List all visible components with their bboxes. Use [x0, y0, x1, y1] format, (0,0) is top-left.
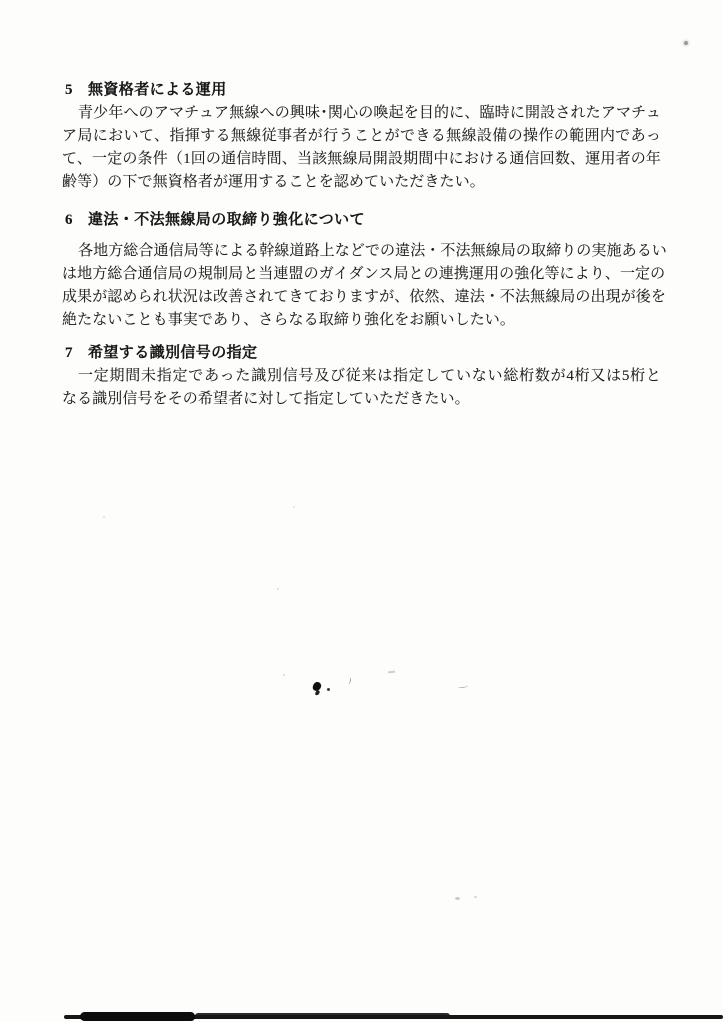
section-6-paragraph: 各地方総合通信局等による幹線道路上などでの違法・不法無線局の取締りの実施あるい …	[62, 240, 661, 332]
text-line: 成果が認められ状況は改善されてきておりますが、依然、違法・不法無線局の出現が後を	[62, 286, 661, 309]
section-5-number: 5	[62, 79, 88, 102]
section-7-title: 希望する識別信号の指定	[88, 342, 257, 365]
text-line: 青少年へのアマチュア無線への興味･関心の喚起を目的に、臨時に開設されたアマチュ	[62, 102, 661, 125]
scan-speck-artifact	[455, 897, 460, 900]
scan-edge-shadow	[79, 1012, 195, 1021]
section-7-heading: 7 希望する識別信号の指定	[62, 342, 661, 365]
scan-speck-artifact	[103, 516, 105, 518]
section-gap	[62, 194, 661, 209]
section-5-heading: 5 無資格者による運用	[62, 79, 661, 102]
heading-paragraph-gap	[62, 232, 661, 240]
section-5: 5 無資格者による運用 青少年へのアマチュア無線への興味･関心の喚起を目的に、臨…	[62, 79, 661, 194]
ink-blot-artifact	[312, 681, 322, 692]
section-6-heading: 6 違法・不法無線局の取締り強化について	[62, 209, 661, 232]
section-6: 6 違法・不法無線局の取締り強化について 各地方総合通信局等による幹線道路上など…	[62, 209, 661, 332]
document-body: 5 無資格者による運用 青少年へのアマチュア無線への興味･関心の喚起を目的に、臨…	[62, 79, 661, 411]
scanned-document-page: 5 無資格者による運用 青少年へのアマチュア無線への興味･関心の喚起を目的に、臨…	[0, 0, 723, 1022]
section-gap	[62, 332, 661, 342]
section-5-title: 無資格者による運用	[88, 79, 227, 102]
scan-speck-artifact	[293, 506, 295, 508]
faint-mark-artifact	[388, 671, 395, 674]
section-5-paragraph: 青少年へのアマチュア無線への興味･関心の喚起を目的に、臨時に開設されたアマチュ …	[62, 102, 661, 194]
ink-dot-artifact	[327, 688, 330, 691]
scan-speck-artifact	[283, 674, 285, 676]
text-line: 絶たないことも事実であり、さらなる取締り強化をお願いしたい。	[62, 309, 661, 332]
text-line: は地方総合通信局の規制局と当連盟のガイダンス局との連携運用の強化等により、一定の	[62, 263, 661, 286]
text-line: ア局において、指揮する無線従事者が行うことができる無線設備の操作の範囲内であっ	[62, 125, 661, 148]
faint-mark-artifact	[458, 683, 468, 688]
text-line: 齢等）の下で無資格者が運用することを認めていただきたい。	[62, 171, 661, 194]
section-7-number: 7	[62, 342, 88, 365]
section-6-title: 違法・不法無線局の取締り強化について	[88, 209, 365, 232]
section-7: 7 希望する識別信号の指定 一定期間未指定であった識別信号及び従来は指定していな…	[62, 342, 661, 411]
scan-speck-artifact	[474, 896, 477, 898]
section-7-paragraph: 一定期間未指定であった識別信号及び従来は指定していない総桁数が4桁又は5桁と な…	[62, 365, 661, 411]
faint-mark-artifact	[346, 677, 351, 685]
scan-edge-shadow	[195, 1013, 450, 1019]
section-6-number: 6	[62, 209, 88, 232]
scan-speck-artifact	[277, 588, 279, 590]
text-line: て、一定の条件（1回の通信時間、当該無線局開設期間中における通信回数、運用者の年	[62, 148, 661, 171]
scan-speck-artifact	[684, 41, 688, 45]
text-line: 各地方総合通信局等による幹線道路上などでの違法・不法無線局の取締りの実施あるい	[62, 240, 661, 263]
scan-edge-shadow	[64, 1015, 723, 1019]
text-line: なる識別信号をその希望者に対して指定していただきたい。	[62, 388, 661, 411]
text-line: 一定期間未指定であった識別信号及び従来は指定していない総桁数が4桁又は5桁と	[62, 365, 661, 388]
